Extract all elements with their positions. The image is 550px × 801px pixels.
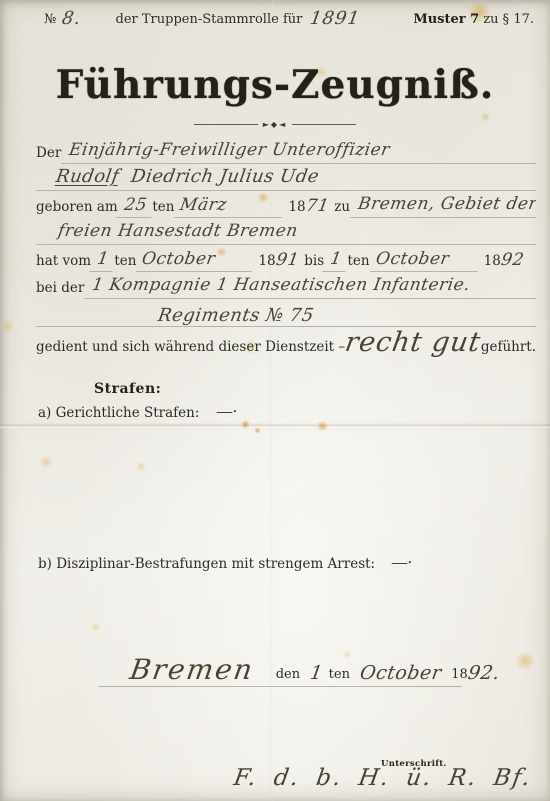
- to-year-handwritten: 92: [499, 252, 525, 272]
- rank-handwritten: Einjährig-Freiwilliger Unteroffizier: [68, 142, 392, 160]
- line-birth-place-2: freien Hansestadt Bremen: [36, 218, 536, 245]
- line-service-period: hat vom 1 ten October 18 91 bis 1 ten Oc…: [36, 245, 536, 272]
- punishments-heading: Strafen:: [94, 381, 236, 397]
- date-day-handwritten: 1: [308, 662, 324, 686]
- to-month-handwritten: October: [374, 251, 450, 268]
- regiment-handwritten: Regiments № 75: [156, 307, 315, 326]
- stammrolle-year: 1891: [309, 12, 361, 26]
- to-day-handwritten: 1: [323, 251, 350, 272]
- stain: [254, 427, 261, 434]
- zu-printed: zu: [334, 199, 350, 218]
- from-month-handwritten: October: [141, 251, 217, 268]
- line-name: Rudolf Diedrich Julius Ude: [36, 164, 536, 191]
- conduct-rating-handwritten: recht gut: [342, 327, 483, 361]
- line-regiment: Regiments № 75: [36, 299, 536, 327]
- header-row: № 8. der Truppen-Stammrolle für 1891 Mus…: [44, 12, 534, 27]
- birth-month-handwritten: März: [179, 197, 228, 214]
- birth-day-handwritten: 25: [116, 197, 154, 218]
- line-rank: Der Einjährig-Freiwilliger Unteroffizier: [36, 137, 536, 164]
- stammrolle-text: der Truppen-Stammrolle für: [116, 12, 303, 27]
- stain: [2, 318, 14, 334]
- ten-printed-2: ten: [114, 253, 136, 272]
- document-paper: № 8. der Truppen-Stammrolle für 1891 Mus…: [0, 0, 550, 801]
- punishments-section: Strafen: a) Gerichtliche Strafen: —·: [38, 381, 236, 422]
- muster-reference-rest: zu § 17.: [483, 12, 534, 27]
- stain: [241, 420, 250, 429]
- served-from-printed: hat vom: [36, 253, 91, 272]
- line-unit: bei der 1 Kompagnie 1 Hanseatischen Infa…: [36, 272, 536, 299]
- page-title: Führungs-Zeugniß.: [0, 62, 550, 108]
- muster-reference-bold: Muster 7: [413, 12, 479, 27]
- stain: [514, 652, 536, 670]
- certificate-body: Der Einjährig-Freiwilliger Unteroffizier…: [36, 137, 536, 363]
- document-number-label: №: [44, 12, 56, 27]
- birth-place-handwritten: Bremen, Gebiet der: [357, 196, 536, 214]
- ornament-line-left: [194, 124, 258, 125]
- disciplinary-punishments-value: —·: [390, 553, 414, 573]
- ten-printed-4: ten: [329, 667, 350, 686]
- bis-printed: bis: [304, 253, 324, 272]
- year-prefix-printed-2: 18: [258, 253, 275, 272]
- ten-printed-1: ten: [152, 199, 174, 218]
- year-prefix-printed-3: 18: [484, 253, 501, 272]
- conduct-printed-left: gedient und sich während dieser Dienstze…: [36, 339, 345, 358]
- ten-printed-3: ten: [348, 253, 370, 272]
- judicial-punishments-value: —·: [214, 402, 238, 422]
- ornament-glyph: ►◆◄: [263, 120, 287, 129]
- name-rest-handwritten: Diedrich Julius Ude: [130, 168, 321, 187]
- from-year-handwritten: 91: [274, 252, 300, 272]
- bei-der-printed: bei der: [36, 280, 84, 299]
- signature-script: F. d. b. H. ü. R. Bf.: [232, 765, 534, 791]
- unit-handwritten: 1 Kompagnie 1 Hanseatischen Infanterie.: [91, 277, 472, 295]
- ornament-divider: ►◆◄: [0, 120, 550, 129]
- document-number-value: 8.: [61, 12, 82, 26]
- year-prefix-printed-1: 18: [288, 199, 305, 218]
- birth-year-handwritten: 71: [304, 198, 330, 218]
- stain: [90, 622, 101, 632]
- line-conduct: gedient und sich während dieser Dienstze…: [36, 327, 536, 363]
- ornament-line-right: [292, 124, 356, 125]
- judicial-punishments-line: a) Gerichtliche Strafen: —·: [38, 402, 236, 422]
- fold-crease-horizontal: [0, 423, 550, 429]
- den-printed: den: [276, 667, 300, 686]
- date-year-printed: 18: [451, 667, 468, 686]
- disciplinary-punishments-label: b) Disziplinar-Bestrafungen mit strengem…: [38, 556, 375, 572]
- disciplinary-punishments-line: b) Disziplinar-Bestrafungen mit strengem…: [38, 553, 412, 573]
- name-first-handwritten: Rudolf: [54, 168, 120, 187]
- date-month-handwritten: October: [358, 662, 443, 686]
- stain: [39, 456, 53, 468]
- conduct-printed-right: geführt.: [481, 339, 536, 358]
- from-day-handwritten: 1: [89, 251, 116, 272]
- born-printed: geboren am: [36, 199, 118, 218]
- judicial-punishments-label: a) Gerichtliche Strafen:: [38, 405, 199, 421]
- stain: [136, 462, 146, 471]
- date-line: Bremen den 1 ten October 18 92.: [98, 656, 462, 687]
- date-year-handwritten: 92.: [466, 662, 502, 686]
- line-rank-printed: Der: [36, 145, 61, 164]
- birth-place-2-handwritten: freien Hansestadt Bremen: [57, 223, 299, 241]
- stain: [316, 421, 329, 431]
- date-place-handwritten: Bremen: [128, 656, 256, 686]
- line-birth: geboren am 25 ten März 18 71 zu Bremen, …: [36, 191, 536, 218]
